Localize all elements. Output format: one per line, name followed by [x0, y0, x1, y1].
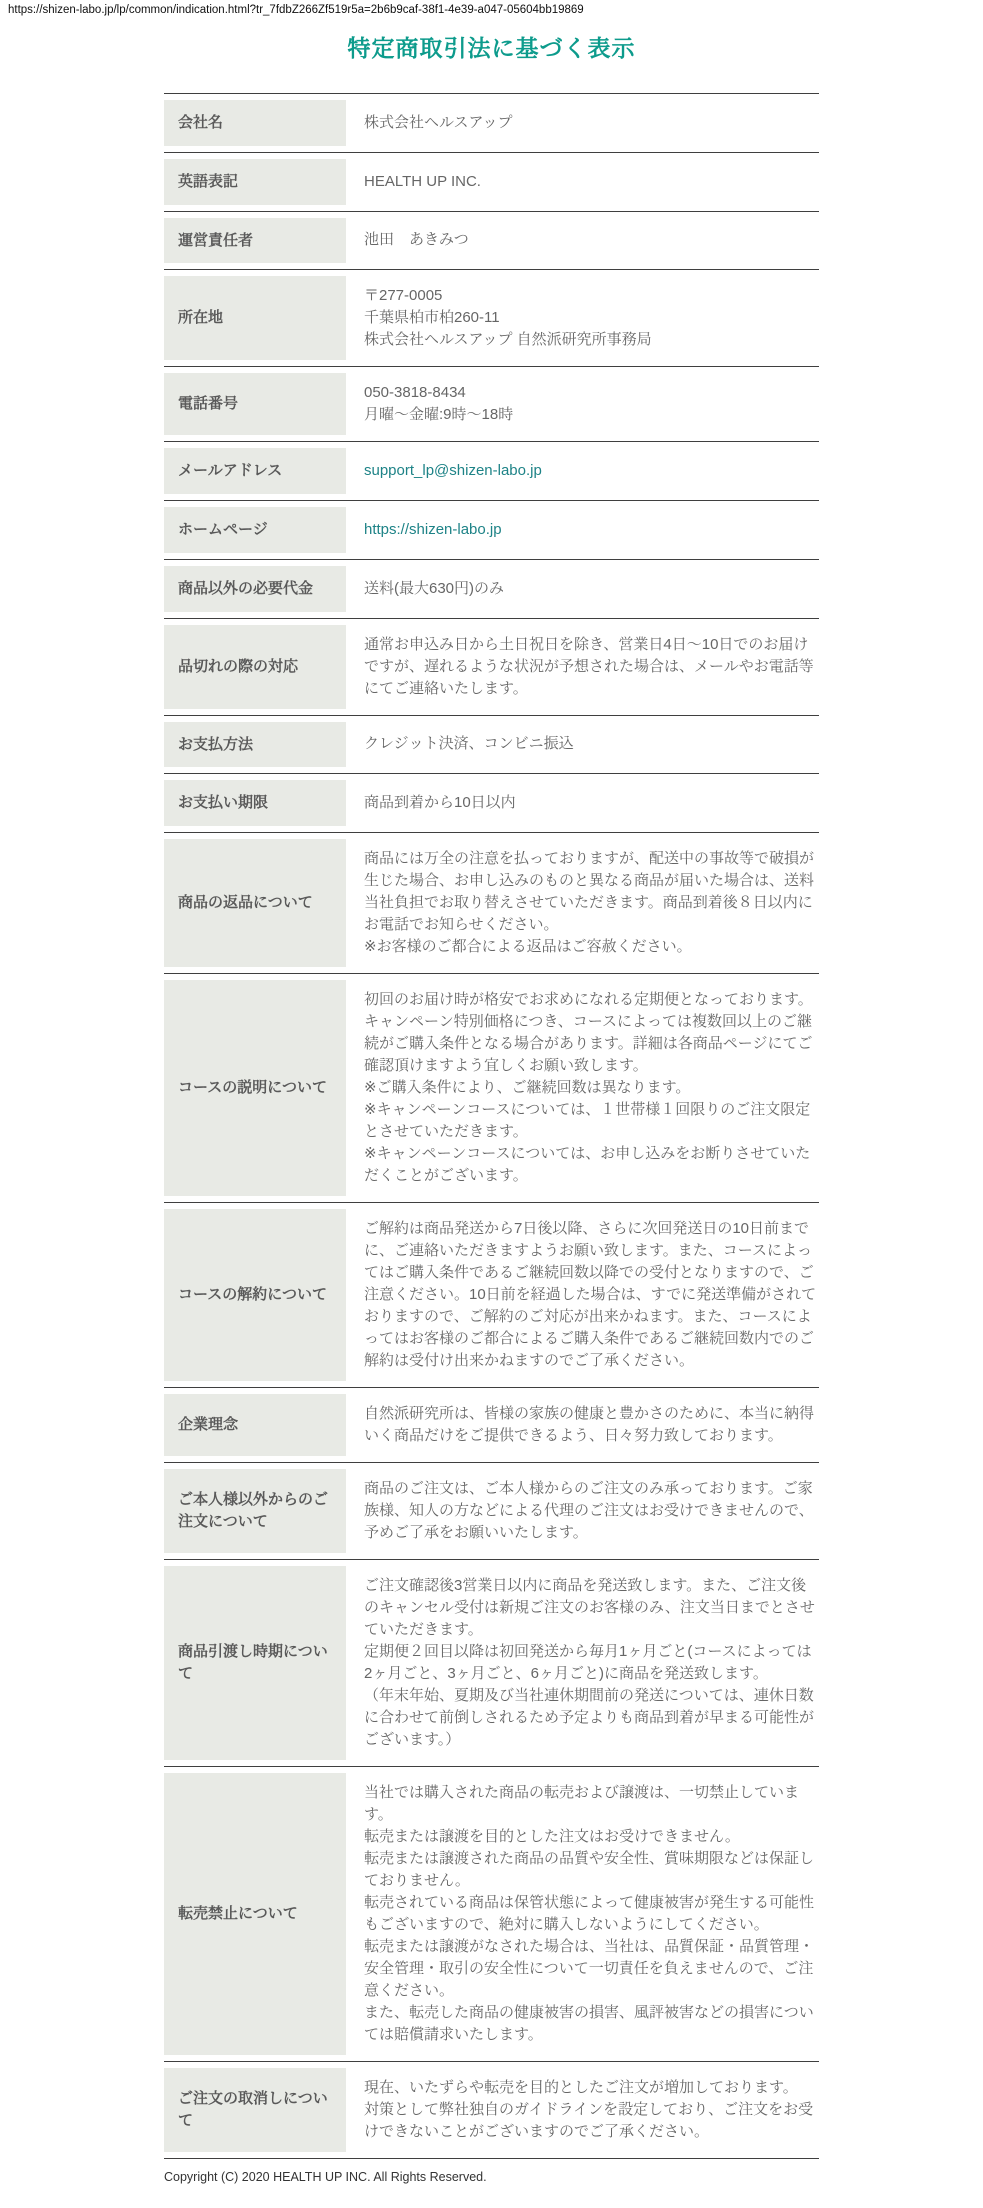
table-row: 商品の返品について 商品には万全の注意を払っておりますが、配送中の事故等で破損が…: [164, 832, 819, 973]
row-value: クレジット決済、コンビニ振込: [346, 722, 819, 768]
row-label: 商品以外の必要代金: [164, 566, 346, 612]
row-value-text: 初回のお届け時が格安でお求めになれる定期便となっております。 キャンペーン特別価…: [364, 989, 819, 1187]
row-label: 運営責任者: [164, 218, 346, 264]
row-label: 所在地: [164, 276, 346, 360]
table-row: 電話番号 050-3818-8434 月曜～金曜:9時～18時: [164, 366, 819, 441]
row-label: 商品引渡し時期について: [164, 1566, 346, 1760]
row-value-text: 自然派研究所は、皆様の家族の健康と豊かさのために、本当に納得いく商品だけをご提供…: [364, 1403, 819, 1447]
table-row: 商品以外の必要代金 送料(最大630円)のみ: [164, 559, 819, 618]
row-label: 会社名: [164, 100, 346, 146]
row-label: 商品の返品について: [164, 839, 346, 967]
row-value: 商品のご注文は、ご本人様からのご注文のみ承っております。ご家族様、知人の方などに…: [346, 1469, 819, 1553]
row-label: 品切れの際の対応: [164, 625, 346, 709]
page-title: 特定商取引法に基づく表示: [0, 30, 983, 63]
row-value-text: 050-3818-8434 月曜～金曜:9時～18時: [364, 382, 513, 426]
table-row: ご注文の取消しについて 現在、いたずらや転売を目的としたご注文が増加しております…: [164, 2061, 819, 2158]
row-value-text: 商品のご注文は、ご本人様からのご注文のみ承っております。ご家族様、知人の方などに…: [364, 1478, 819, 1544]
row-value: ご注文確認後3営業日以内に商品を発送致します。また、ご注文後のキャンセル受付は新…: [346, 1566, 819, 1760]
row-value-link[interactable]: support_lp@shizen-labo.jp: [346, 448, 819, 494]
table-row: メールアドレス support_lp@shizen-labo.jp: [164, 441, 819, 500]
row-label: コースの説明について: [164, 980, 346, 1196]
row-value-text: ご解約は商品発送から7日後以降、さらに次回発送日の10日前までに、ご連絡いただき…: [364, 1218, 819, 1372]
row-value-text: 現在、いたずらや転売を目的としたご注文が増加しております。 対策として弊社独自の…: [364, 2077, 819, 2143]
row-label: 英語表記: [164, 159, 346, 205]
row-label: ご注文の取消しについて: [164, 2068, 346, 2152]
row-value: HEALTH UP INC.: [346, 159, 819, 205]
table-row: お支払い期限 商品到着から10日以内: [164, 773, 819, 832]
row-value-text[interactable]: https://shizen-labo.jp: [364, 519, 502, 541]
row-value-text: ご注文確認後3営業日以内に商品を発送致します。また、ご注文後のキャンセル受付は新…: [364, 1575, 819, 1751]
row-value-link[interactable]: https://shizen-labo.jp: [346, 507, 819, 553]
copyright-footer: Copyright (C) 2020 HEALTH UP INC. All Ri…: [164, 2170, 819, 2208]
row-value-text: 池田 あきみつ: [364, 229, 469, 251]
row-value: 初回のお届け時が格安でお求めになれる定期便となっております。 キャンペーン特別価…: [346, 980, 819, 1196]
row-value-text: HEALTH UP INC.: [364, 171, 481, 193]
row-value: 当社では購入された商品の転売および譲渡は、一切禁止しています。 転売または譲渡を…: [346, 1773, 819, 2055]
table-row: 会社名 株式会社ヘルスアップ: [164, 93, 819, 152]
row-value-text: 商品到着から10日以内: [364, 792, 516, 814]
table-row: コースの解約について ご解約は商品発送から7日後以降、さらに次回発送日の10日前…: [164, 1202, 819, 1387]
row-value-text[interactable]: support_lp@shizen-labo.jp: [364, 460, 542, 482]
row-value: 送料(最大630円)のみ: [346, 566, 819, 612]
row-label: 企業理念: [164, 1394, 346, 1456]
row-value: 商品到着から10日以内: [346, 780, 819, 826]
row-value: ご解約は商品発送から7日後以降、さらに次回発送日の10日前までに、ご連絡いただき…: [346, 1209, 819, 1381]
table-row: 企業理念 自然派研究所は、皆様の家族の健康と豊かさのために、本当に納得いく商品だ…: [164, 1387, 819, 1462]
row-value-text: 通常お申込み日から土日祝日を除き、営業日4日～10日でのお届けですが、遅れるよう…: [364, 634, 819, 700]
row-value: 現在、いたずらや転売を目的としたご注文が増加しております。 対策として弊社独自の…: [346, 2068, 819, 2152]
row-label: お支払い期限: [164, 780, 346, 826]
row-value: 自然派研究所は、皆様の家族の健康と豊かさのために、本当に納得いく商品だけをご提供…: [346, 1394, 819, 1456]
row-label: コースの解約について: [164, 1209, 346, 1381]
row-value-text: 送料(最大630円)のみ: [364, 578, 504, 600]
row-value: 株式会社ヘルスアップ: [346, 100, 819, 146]
browser-url: https://shizen-labo.jp/lp/common/indicat…: [0, 0, 983, 16]
row-value: 池田 あきみつ: [346, 218, 819, 264]
row-value-text: 当社では購入された商品の転売および譲渡は、一切禁止しています。 転売または譲渡を…: [364, 1782, 819, 2046]
row-value: 商品には万全の注意を払っておりますが、配送中の事故等で破損が生じた場合、お申し込…: [346, 839, 819, 967]
table-row: 所在地 〒277-0005 千葉県柏市柏260-11 株式会社ヘルスアップ 自然…: [164, 269, 819, 366]
row-label: 電話番号: [164, 373, 346, 435]
row-value-text: クレジット決済、コンビニ振込: [364, 733, 574, 755]
row-label: ご本人様以外からのご注文について: [164, 1469, 346, 1553]
row-value: 〒277-0005 千葉県柏市柏260-11 株式会社ヘルスアップ 自然派研究所…: [346, 276, 819, 360]
table-row: 品切れの際の対応 通常お申込み日から土日祝日を除き、営業日4日～10日でのお届け…: [164, 618, 819, 715]
table-row: 運営責任者 池田 あきみつ: [164, 211, 819, 270]
info-table: 会社名 株式会社ヘルスアップ 英語表記 HEALTH UP INC. 運営責任者…: [164, 93, 819, 2159]
table-row: 転売禁止について 当社では購入された商品の転売および譲渡は、一切禁止しています。…: [164, 1766, 819, 2061]
table-row: 商品引渡し時期について ご注文確認後3営業日以内に商品を発送致します。また、ご注…: [164, 1559, 819, 1766]
row-value-text: 商品には万全の注意を払っておりますが、配送中の事故等で破損が生じた場合、お申し込…: [364, 848, 819, 958]
row-value: 通常お申込み日から土日祝日を除き、営業日4日～10日でのお届けですが、遅れるよう…: [346, 625, 819, 709]
row-label: お支払方法: [164, 722, 346, 768]
table-row: お支払方法 クレジット決済、コンビニ振込: [164, 715, 819, 774]
row-label: メールアドレス: [164, 448, 346, 494]
row-value-text: 〒277-0005 千葉県柏市柏260-11 株式会社ヘルスアップ 自然派研究所…: [364, 285, 652, 351]
row-value-text: 株式会社ヘルスアップ: [364, 112, 513, 134]
row-label: 転売禁止について: [164, 1773, 346, 2055]
row-label: ホームページ: [164, 507, 346, 553]
row-value: 050-3818-8434 月曜～金曜:9時～18時: [346, 373, 819, 435]
table-row: 英語表記 HEALTH UP INC.: [164, 152, 819, 211]
table-row: ホームページ https://shizen-labo.jp: [164, 500, 819, 559]
table-row: コースの説明について 初回のお届け時が格安でお求めになれる定期便となっております…: [164, 973, 819, 1202]
table-row: ご本人様以外からのご注文について 商品のご注文は、ご本人様からのご注文のみ承って…: [164, 1462, 819, 1559]
